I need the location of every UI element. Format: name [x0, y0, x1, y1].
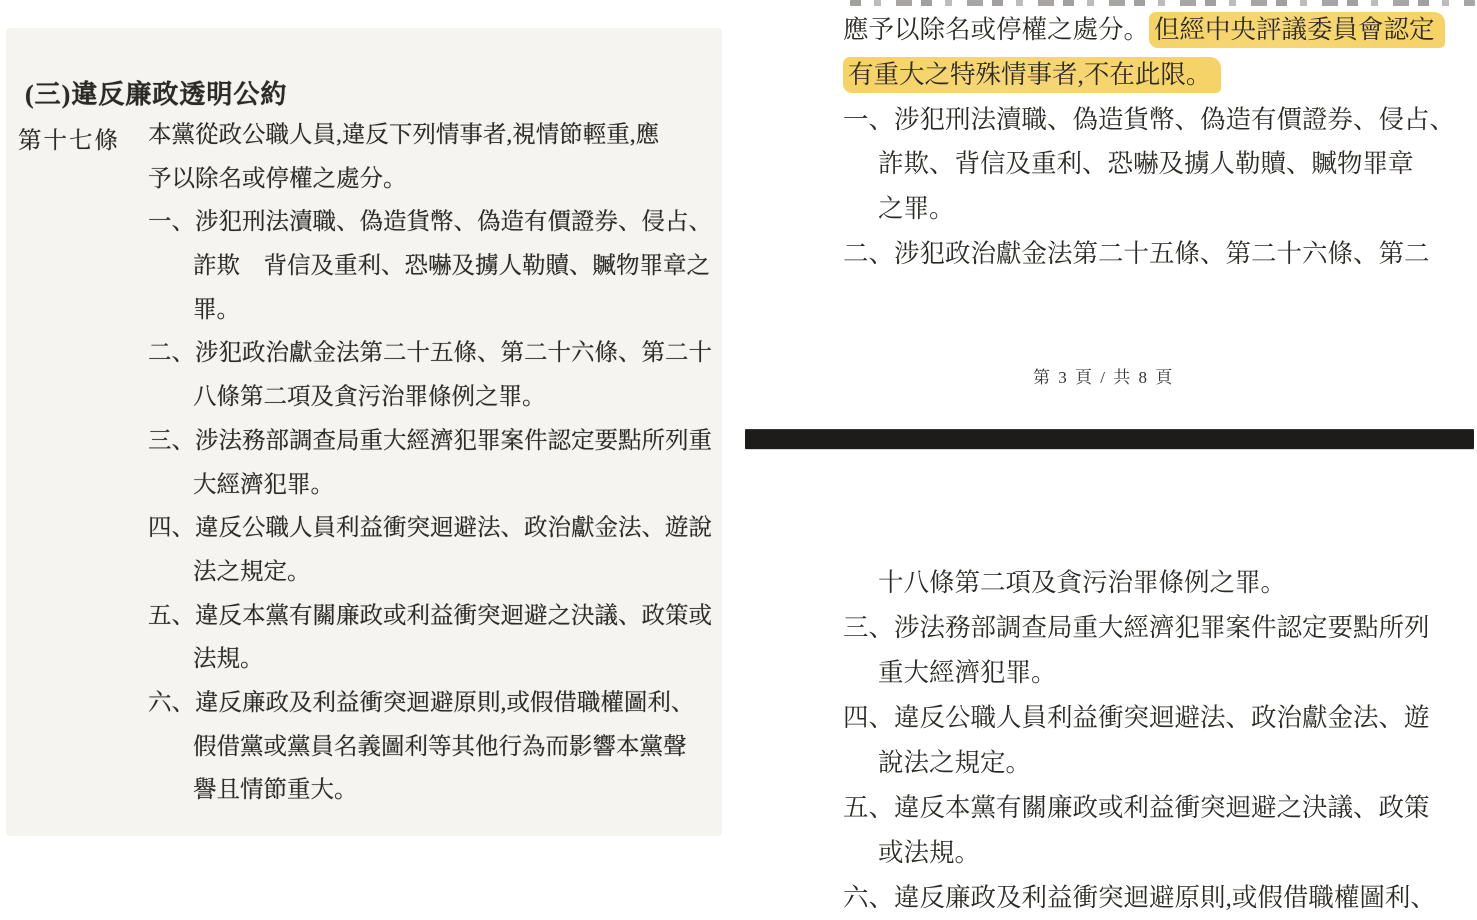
- text-segment: 詐欺、背信及重利、恐嚇及擄人勒贖、贓物罪章: [878, 149, 1414, 178]
- text-line: 法之規定。: [0, 551, 737, 595]
- text-line: 二、涉犯政治獻金法第二十五條、第二十六條、第二十: [0, 332, 737, 376]
- text-segment: 五、違反本黨有關廉政或利益衝突迴避之決議、政策: [843, 793, 1430, 822]
- left-page-text-block: 本黨從政公職人員,違反下列情事者,視情節輕重,應予以除名或停權之處分。一、涉犯刑…: [0, 114, 737, 813]
- text-segment: 六、違反廉政及利益衝突迴避原則,或假借職權圖利、: [843, 883, 1436, 912]
- document-comparison-view: { "colors": { "highlight": "#f5d05e", "s…: [0, 0, 1477, 920]
- text-segment: 一、涉犯刑法瀆職、偽造貨幣、偽造有價證券、侵占、: [843, 105, 1455, 134]
- text-line: 一、涉犯刑法瀆職、偽造貨幣、偽造有價證券、侵占、: [737, 98, 1477, 143]
- text-line: 重大經濟犯罪。: [737, 650, 1477, 695]
- text-segment: 本黨從政公職人員,違反下列情事者,視情節輕重,應: [148, 122, 659, 148]
- text-line: 八條第二項及貪污治罪條例之罪。: [0, 376, 737, 420]
- text-line: 應予以除名或停權之處分。但經中央評議委員會認定: [737, 8, 1477, 53]
- text-segment: 三、涉法務部調查局重大經濟犯罪案件認定要點所列重: [148, 428, 712, 454]
- text-line: 五、違反本黨有關廉政或利益衝突迴避之決議、政策或: [0, 595, 737, 639]
- text-line: 四、違反公職人員利益衝突迴避法、政治獻金法、遊: [737, 695, 1477, 740]
- text-segment: 詐欺 背信及重利、恐嚇及擄人勒贖、贓物罪章之: [193, 253, 710, 279]
- text-line: 三、涉法務部調查局重大經濟犯罪案件認定要點所列重: [0, 420, 737, 464]
- text-line: 十八條第二項及貪污治罪條例之罪。: [737, 560, 1477, 605]
- text-line: 說法之規定。: [737, 740, 1477, 785]
- text-segment: 四、違反公職人員利益衝突迴避法、政治獻金法、遊說: [148, 515, 712, 541]
- section-heading: (三)違反廉政透明公約: [25, 74, 287, 111]
- page-separator-bar: [745, 429, 1474, 449]
- page-number-footer: 第 3 頁 / 共 8 頁: [1033, 363, 1174, 388]
- text-segment: 法規。: [193, 646, 264, 672]
- text-line: 假借黨或黨員名義圖利等其他行為而影響本黨聲: [0, 726, 737, 770]
- text-segment: 大經濟犯罪。: [193, 472, 334, 498]
- text-line: 六、違反廉政及利益衝突迴避原則,或假借職權圖利、: [0, 682, 737, 726]
- text-segment: 六、違反廉政及利益衝突迴避原則,或假借職權圖利、: [148, 690, 694, 716]
- text-segment: 罪。: [193, 297, 240, 323]
- text-line: 四、違反公職人員利益衝突迴避法、政治獻金法、遊說: [0, 507, 737, 551]
- right-page-top-text-block: 應予以除名或停權之處分。但經中央評議委員會認定有重大之特殊情事者,不在此限。一、…: [737, 8, 1477, 277]
- text-segment: 一、涉犯刑法瀆職、偽造貨幣、偽造有價證券、侵占、: [148, 209, 712, 235]
- text-segment: 四、違反公職人員利益衝突迴避法、政治獻金法、遊: [843, 703, 1430, 732]
- text-line: 法規。: [0, 638, 737, 682]
- text-segment: 五、違反本黨有關廉政或利益衝突迴避之決議、政策或: [148, 603, 712, 629]
- text-line: 罪。: [0, 289, 737, 333]
- text-line: 譽且情節重大。: [0, 769, 737, 813]
- text-segment: 法之規定。: [193, 559, 311, 585]
- text-segment: 說法之規定。: [878, 748, 1031, 777]
- text-line: 有重大之特殊情事者,不在此限。: [737, 53, 1477, 98]
- text-segment: 三、涉法務部調查局重大經濟犯罪案件認定要點所列: [843, 613, 1430, 642]
- text-segment: 十八條第二項及貪污治罪條例之罪。: [878, 568, 1286, 597]
- text-segment: 應予以除名或停權之處分。: [843, 15, 1149, 44]
- text-line: 一、涉犯刑法瀆職、偽造貨幣、偽造有價證券、侵占、: [0, 201, 737, 245]
- text-line: 三、涉法務部調查局重大經濟犯罪案件認定要點所列: [737, 605, 1477, 650]
- text-line: 詐欺 背信及重利、恐嚇及擄人勒贖、贓物罪章之: [0, 245, 737, 289]
- text-line: 六、違反廉政及利益衝突迴避原則,或假借職權圖利、: [737, 875, 1477, 920]
- text-line: 二、涉犯政治獻金法第二十五條、第二十六條、第二: [737, 232, 1477, 277]
- highlighted-text: 但經中央評議委員會認定: [1149, 12, 1445, 48]
- text-line: 或法規。: [737, 830, 1477, 875]
- text-segment: 二、涉犯政治獻金法第二十五條、第二十六條、第二十: [148, 340, 712, 366]
- text-segment: 二、涉犯政治獻金法第二十五條、第二十六條、第二: [843, 239, 1430, 268]
- text-segment: 予以除名或停權之處分。: [148, 166, 407, 192]
- text-segment: 重大經濟犯罪。: [878, 658, 1057, 687]
- highlighted-text: 有重大之特殊情事者,不在此限。: [843, 57, 1221, 93]
- text-segment: 譽且情節重大。: [193, 777, 358, 803]
- text-line: 之罪。: [737, 187, 1477, 232]
- left-document-page: (三)違反廉政透明公約 第十七條 本黨從政公職人員,違反下列情事者,視情節輕重,…: [0, 0, 737, 920]
- clipped-text-fragments: [850, 0, 1475, 6]
- text-line: 詐欺、背信及重利、恐嚇及擄人勒贖、贓物罪章: [737, 142, 1477, 187]
- text-segment: 八條第二項及貪污治罪條例之罪。: [193, 384, 546, 410]
- right-page-bottom-text-block: 十八條第二項及貪污治罪條例之罪。三、涉法務部調查局重大經濟犯罪案件認定要點所列重…: [737, 560, 1477, 920]
- right-document-page: 應予以除名或停權之處分。但經中央評議委員會認定有重大之特殊情事者,不在此限。一、…: [737, 0, 1477, 920]
- text-line: 五、違反本黨有關廉政或利益衝突迴避之決議、政策: [737, 785, 1477, 830]
- text-line: 本黨從政公職人員,違反下列情事者,視情節輕重,應: [0, 114, 737, 158]
- text-segment: 假借黨或黨員名義圖利等其他行為而影響本黨聲: [193, 734, 687, 760]
- text-line: 予以除名或停權之處分。: [0, 158, 737, 202]
- text-line: 大經濟犯罪。: [0, 464, 737, 508]
- text-segment: 之罪。: [878, 194, 955, 223]
- text-segment: 或法規。: [878, 838, 980, 867]
